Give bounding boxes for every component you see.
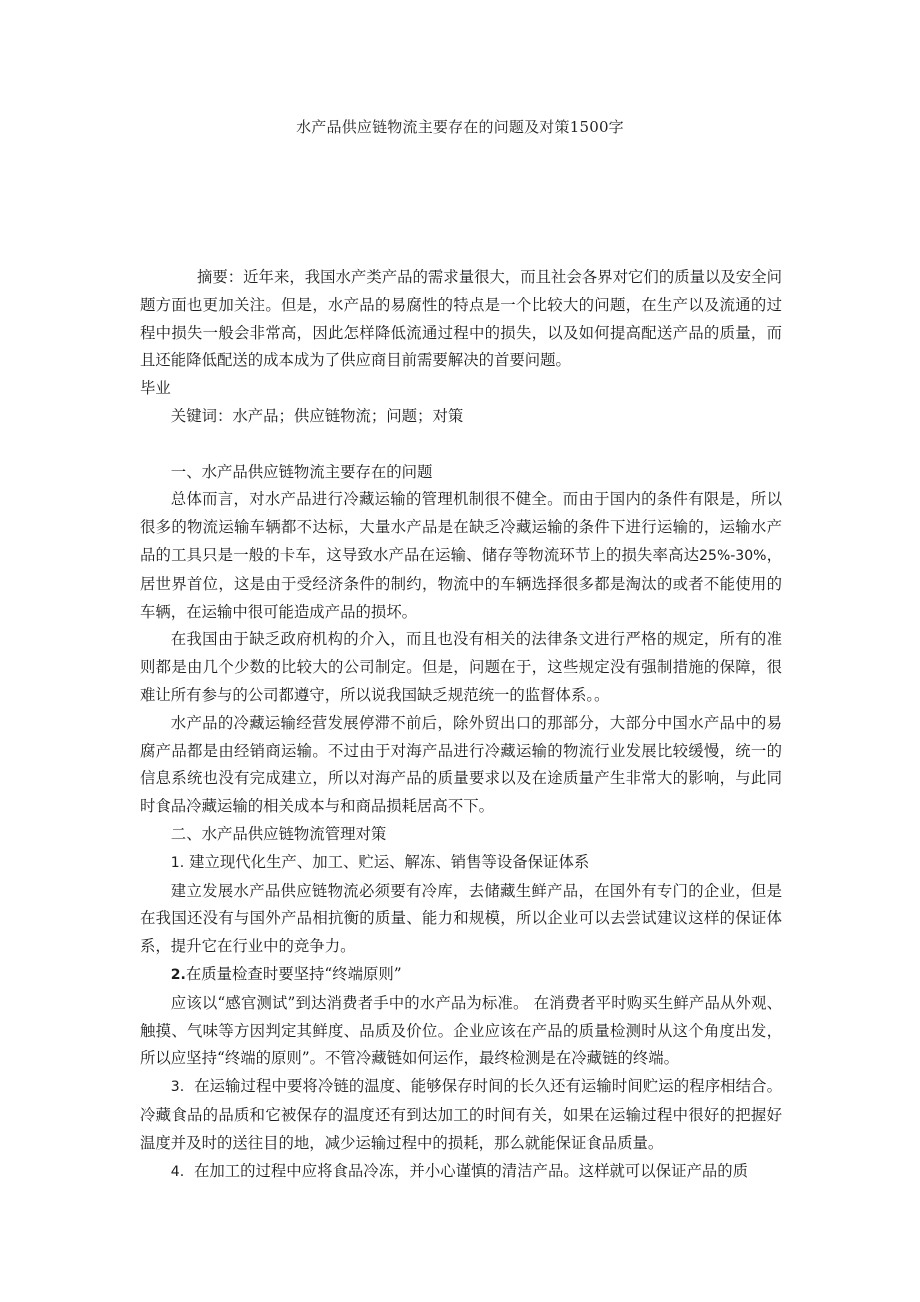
document-body: 摘要：近年来，我国水产类产品的需求量很大，而且社会各界对它们的质量以及安全问题方… (140, 264, 782, 1186)
item-3-paragraph: 3. 在运输过程中要将冷链的温度、能够保存时间的长久还有运输时间贮运的程序相结合… (140, 1073, 782, 1157)
keywords-line: 关键词：水产品；供应链物流；问题；对策 (140, 403, 782, 431)
item-number: 2. (171, 967, 186, 983)
document-title: 水产品供应链物流主要存在的问题及对策1500字 (0, 116, 920, 138)
item-2-paragraph: 应该以“感官测试”到达消费者手中的水产品为标准。 在消费者平时购买生鲜产品从外观… (140, 990, 782, 1073)
item-text: 在加工的过程中应将食品冷冻，并小心谨慎的清洁产品。这样就可以保证产品的质 (194, 1162, 748, 1180)
item-text: 在运输过程中要将冷链的温度、能够保存时间的长久还有运输时间贮运的程序相结合。冷藏… (140, 1077, 782, 1152)
section-1-paragraph-1: 总体而言，对水产品进行冷藏运输的管理机制很不健全。而由于国内的条件有限是，所以很… (140, 486, 782, 626)
item-number: 1. (171, 855, 184, 871)
item-1-heading: 1. 建立现代化生产、加工、贮运、解冻、销售等设备保证体系 (140, 849, 782, 878)
item-2-heading: 2.在质量检查时要坚持“终端原则” (140, 961, 782, 990)
section-heading-2: 二、水产品供应链物流管理对策 (140, 821, 782, 849)
item-heading-text: 在质量检查时要坚持“终端原则” (186, 965, 402, 983)
section-1-paragraph-3: 水产品的冷藏运输经营发展停滞不前后，除外贸出口的那部分，大部分中国水产品中的易腐… (140, 710, 782, 821)
item-heading-text: 建立现代化生产、加工、贮运、解冻、销售等设备保证体系 (189, 853, 589, 871)
document-page: 水产品供应链物流主要存在的问题及对策1500字 摘要：近年来，我国水产类产品的需… (0, 0, 920, 1302)
item-number: 4. (171, 1164, 184, 1180)
paragraph-text: 总体而言，对水产品进行冷藏运输的管理机制很不健全。而由于国内的条件有限是，所以很… (140, 490, 782, 564)
section-heading-1: 一、水产品供应链物流主要存在的问题 (140, 459, 782, 487)
abstract-paragraph: 摘要：近年来，我国水产类产品的需求量很大，而且社会各界对它们的质量以及安全问题方… (140, 264, 782, 375)
item-1-paragraph: 建立发展水产品供应链物流必须要有冷库，去储藏生鲜产品，在国外有专门的企业，但是在… (140, 878, 782, 961)
stray-text: 毕业 (140, 375, 782, 403)
spacer (140, 431, 782, 459)
loss-rate-value: 25%-30% (699, 548, 766, 564)
item-4-paragraph: 4. 在加工的过程中应将食品冷冻，并小心谨慎的清洁产品。这样就可以保证产品的质 (140, 1158, 782, 1187)
item-number: 3. (171, 1079, 184, 1095)
section-1-paragraph-2: 在我国由于缺乏政府机构的介入，而且也没有相关的法律条文进行严格的规定，所有的准则… (140, 626, 782, 709)
